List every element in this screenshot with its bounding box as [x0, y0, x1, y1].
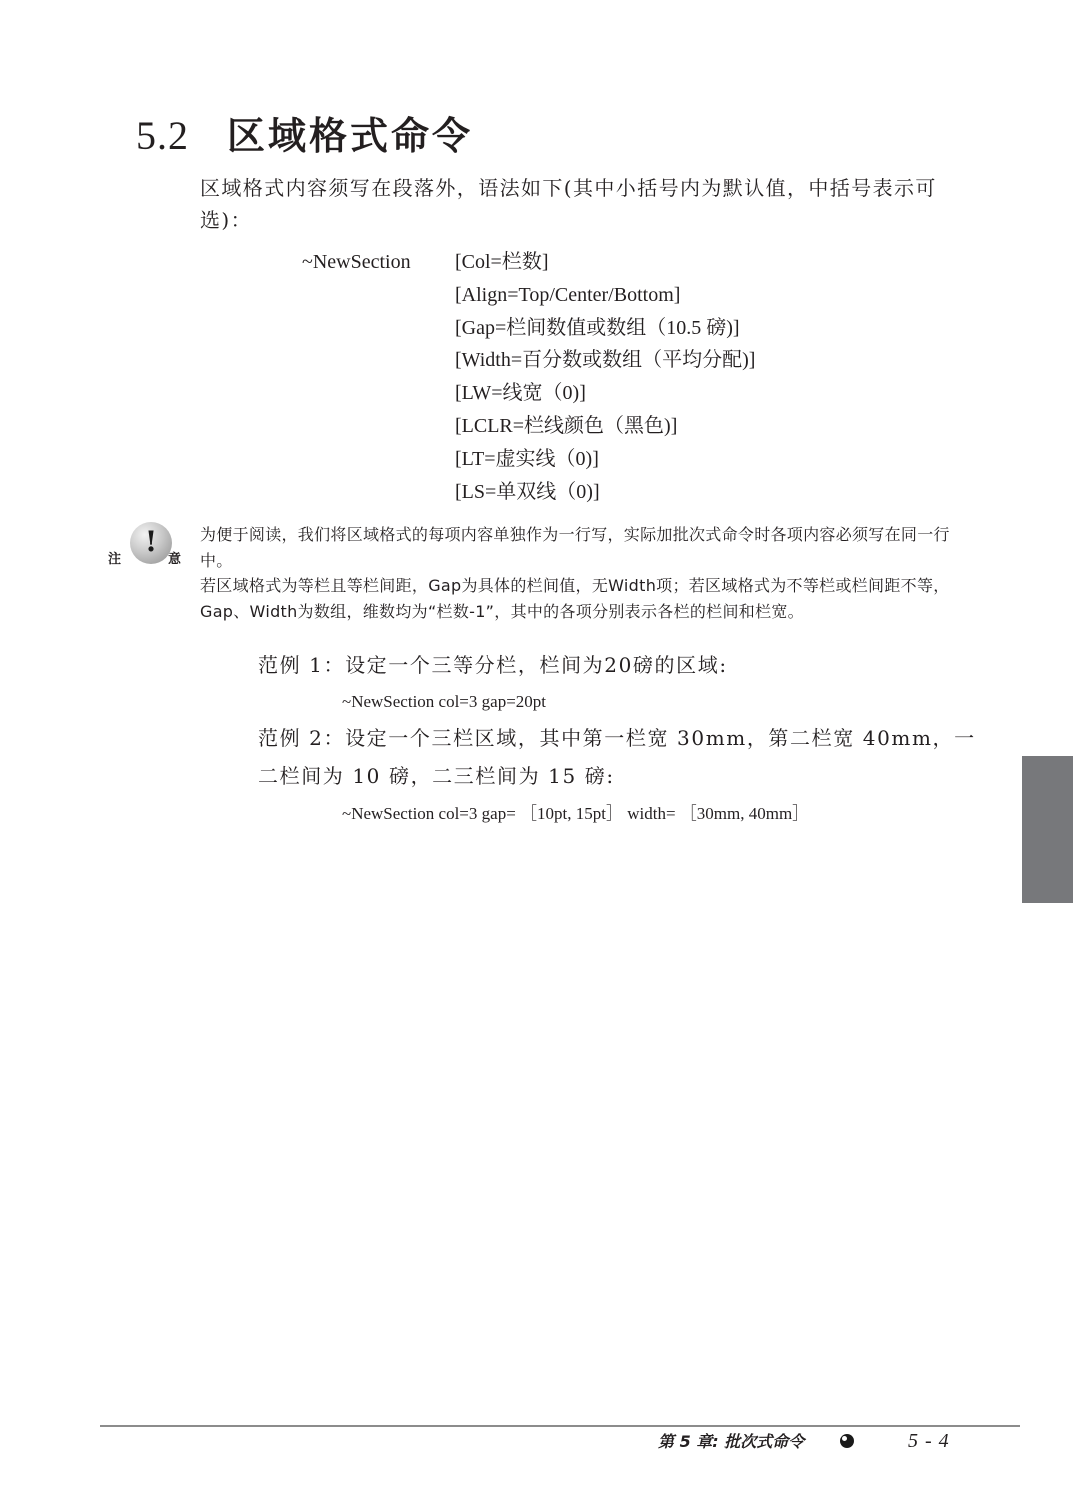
intro-paragraph: 区域格式内容须写在段落外，语法如下(其中小括号内为默认值，中括号表示可选)：: [200, 172, 970, 236]
footer-divider: [100, 1425, 1020, 1427]
example-2-title-line-2: 二栏间为 10 磅，二三栏间为 15 磅:: [258, 761, 615, 791]
param-align: [Align=Top/Center/Bottom]: [455, 281, 755, 314]
syntax-params: [Col=栏数] [Align=Top/Center/Bottom] [Gap=…: [455, 248, 755, 510]
param-lw: [LW=线宽（0)]: [455, 379, 755, 412]
exclamation-ball-icon: ! 注 意: [108, 522, 184, 568]
section-heading: 5.2区域格式命令: [136, 110, 473, 162]
example-2-title-line-1: 范例 2：设定一个三栏区域，其中第一栏宽 30mm，第二栏宽 40mm，一: [258, 723, 976, 753]
note-paragraph-1: 为便于阅读，我们将区域格式的每项内容单独作为一行写，实际加批次式命令时各项内容必…: [200, 522, 970, 573]
example-1-title: 范例 1：设定一个三等分栏，栏间为20磅的区域:: [258, 650, 728, 680]
note-label-right: 意: [168, 548, 181, 567]
section-number: 5.2: [136, 113, 189, 158]
param-lclr: [LCLR=栏线颜色（黑色)]: [455, 412, 755, 445]
param-width: [Width=百分数或数组（平均分配)]: [455, 346, 755, 379]
half-circle-bullet-icon: [840, 1434, 854, 1448]
param-col: [Col=栏数]: [455, 248, 755, 281]
note-text: 为便于阅读，我们将区域格式的每项内容单独作为一行写，实际加批次式命令时各项内容必…: [200, 522, 970, 624]
chapter-side-tab: [1022, 756, 1073, 903]
footer-page-number: 5 - 4: [908, 1428, 950, 1454]
exclamation-mark-icon: !: [130, 526, 172, 558]
syntax-command: ~NewSection: [302, 248, 411, 276]
footer-chapter-title: 第 5 章: 批次式命令: [658, 1430, 804, 1454]
param-ls: [LS=单双线（0)]: [455, 478, 755, 511]
section-title: 区域格式命令: [227, 114, 473, 158]
note-label-left: 注: [108, 548, 121, 567]
example-1-code: ~NewSection col=3 gap=20pt: [342, 690, 546, 714]
param-lt: [LT=虚实线（0)]: [455, 445, 755, 478]
note-paragraph-2: 若区域格式为等栏且等栏间距，Gap为具体的栏间值，无Width项；若区域格式为不…: [200, 573, 970, 624]
example-2-code: ~NewSection col=3 gap= ［10pt, 15pt］ widt…: [342, 802, 809, 826]
param-gap: [Gap=栏间数值或数组（10.5 磅)]: [455, 314, 755, 347]
